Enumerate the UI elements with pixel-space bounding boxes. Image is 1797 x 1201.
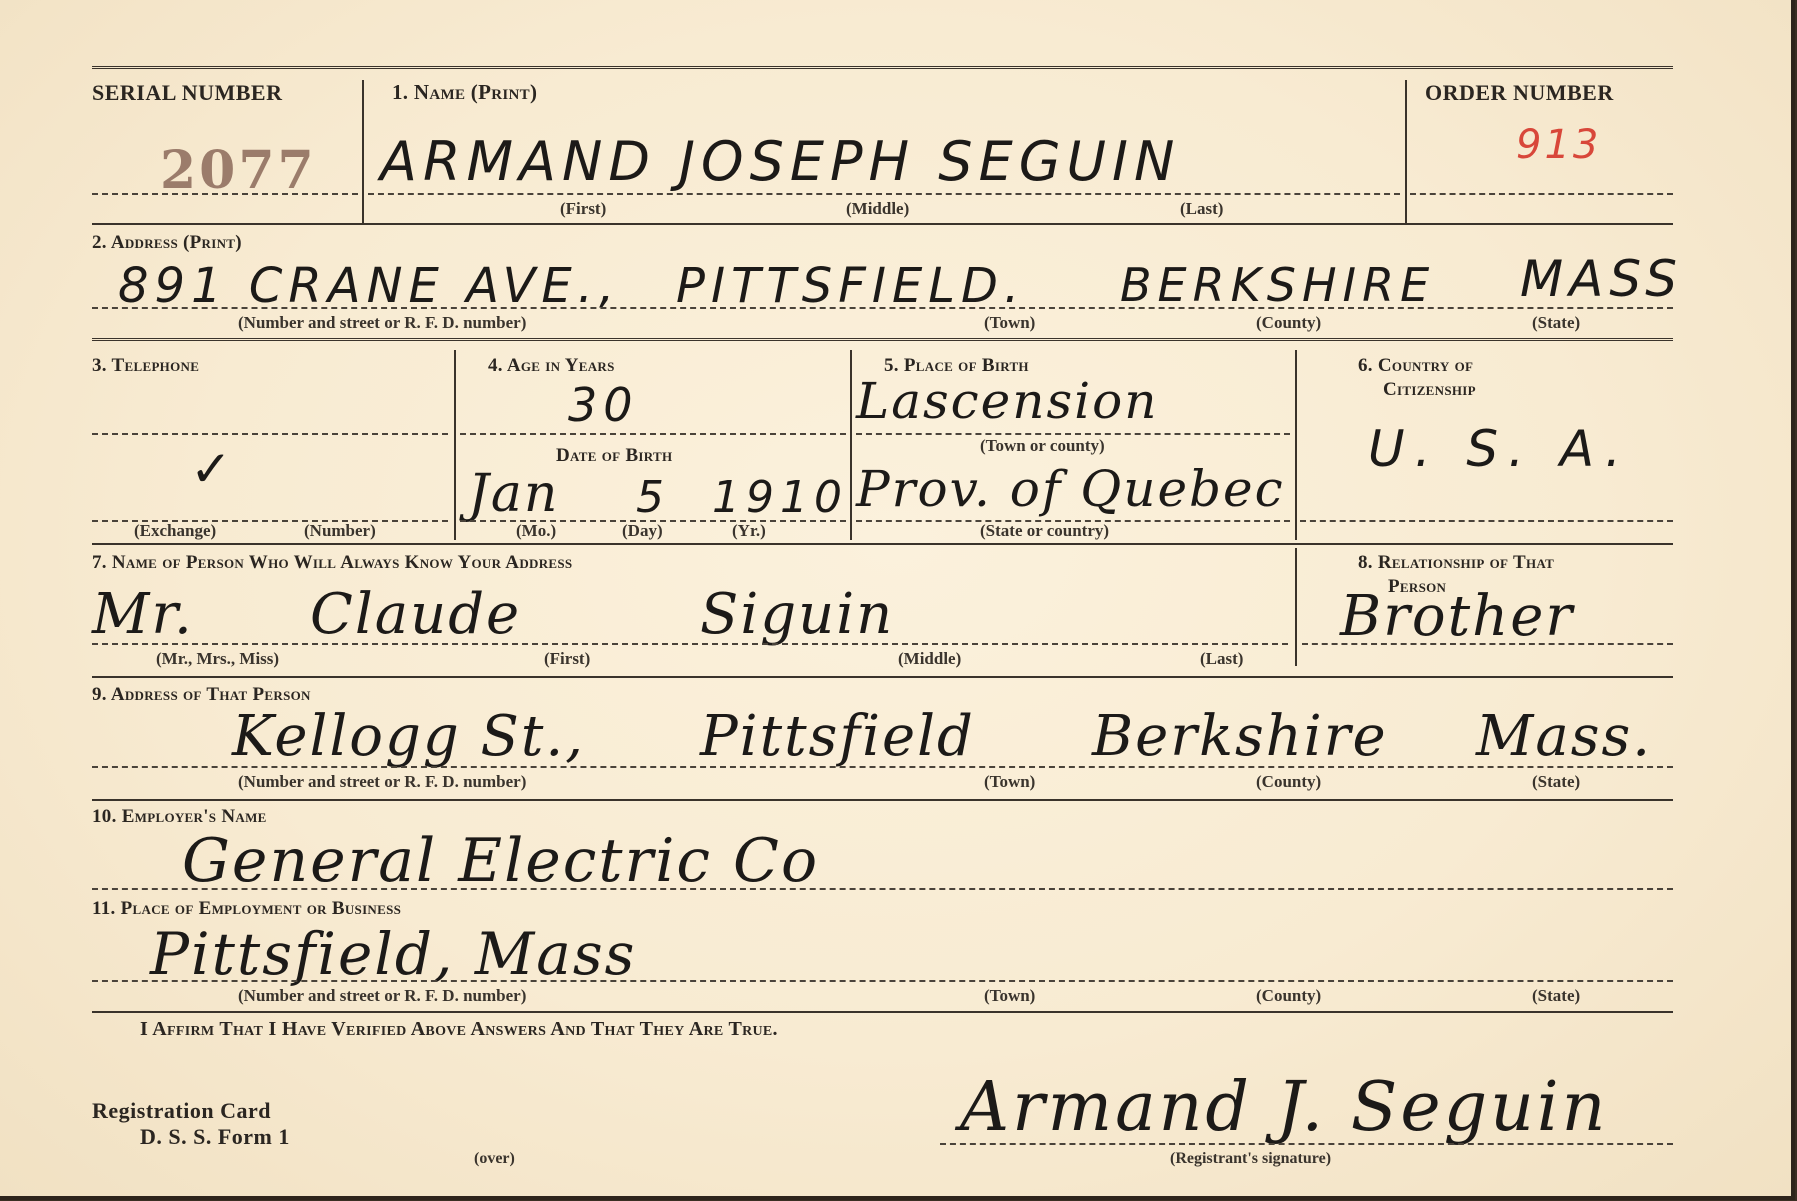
employer-label: 10. Employer's Name	[92, 806, 267, 828]
name-middle-sublabel: (Middle)	[846, 199, 909, 219]
divider	[362, 80, 364, 223]
place-of-birth-line-1	[856, 433, 1290, 435]
telephone-exchange-sublabel: (Exchange)	[134, 521, 216, 541]
name-last-sublabel: (Last)	[1180, 199, 1223, 219]
contact-address-town-sublabel: (Town)	[984, 772, 1035, 792]
place-of-employment-county-sublabel: (County)	[1256, 986, 1321, 1006]
address-street: 891 CRANE AVE.,	[118, 258, 620, 314]
address-state: MASS	[1520, 250, 1683, 308]
row-rule	[92, 1011, 1673, 1013]
relationship-label-line1: 8. Relationship of That	[1358, 552, 1554, 574]
contact-person-title: Mr.	[92, 582, 194, 647]
signature-line	[940, 1143, 1673, 1145]
telephone-number-sublabel: (Number)	[304, 521, 376, 541]
employer-line	[92, 888, 1673, 890]
citizenship-value: U. S. A.	[1368, 420, 1631, 478]
date-of-birth-year-sublabel: (Yr.)	[732, 521, 766, 541]
address-label: 2. Address (Print)	[92, 232, 242, 254]
place-of-employment-line	[92, 980, 1673, 982]
telephone-line-1	[92, 433, 448, 435]
address-town: PITTSFIELD.	[676, 258, 1025, 314]
divider	[1295, 548, 1297, 666]
over-note: (over)	[474, 1150, 515, 1168]
contact-person-last-sublabel: (Last)	[1200, 649, 1243, 669]
place-of-employment-state-sublabel: (State)	[1532, 986, 1580, 1006]
relationship-value: Brother	[1340, 584, 1574, 649]
citizenship-line	[1300, 520, 1673, 522]
contact-address-county-sublabel: (County)	[1256, 772, 1321, 792]
serial-number-line	[92, 193, 358, 195]
contact-address-label: 9. Address of That Person	[92, 684, 311, 706]
order-number-line	[1410, 193, 1673, 195]
registration-card-title: Registration Card	[92, 1098, 271, 1124]
address-street-sublabel: (Number and street or R. F. D. number)	[238, 313, 526, 333]
telephone-check-icon: ✓	[190, 440, 232, 498]
divider	[1295, 350, 1297, 540]
contact-person-last: Siguin	[700, 582, 894, 647]
citizenship-label-line2: Citizenship	[1383, 379, 1476, 401]
age-label: 4. Age in Years	[488, 355, 615, 377]
affirmation-text: I Affirm That I Have Verified Above Answ…	[140, 1018, 778, 1041]
divider	[454, 350, 456, 540]
contact-address-town: Pittsfield	[700, 704, 975, 769]
row-rule	[92, 676, 1673, 678]
name-value: ARMAND JOSEPH SEGUIN	[380, 130, 1180, 193]
relationship-line	[1302, 643, 1673, 645]
employer-value: General Electric Co	[182, 826, 819, 896]
name-label: 1. Name (Print)	[392, 80, 537, 105]
age-value: 30	[568, 378, 639, 432]
date-of-birth-month-sublabel: (Mo.)	[516, 521, 556, 541]
place-of-employment-label: 11. Place of Employment or Business	[92, 898, 401, 920]
order-number-label: ORDER NUMBER	[1425, 80, 1614, 106]
registration-card: SERIAL NUMBER 2077 1. Name (Print) ARMAN…	[0, 0, 1795, 1200]
row-rule	[92, 338, 1673, 341]
place-of-birth-town: Lascension	[856, 372, 1158, 430]
place-of-birth-state-sublabel: (State or country)	[980, 521, 1109, 541]
contact-person-first: Claude	[310, 582, 521, 647]
contact-address-line	[92, 766, 1673, 768]
contact-address-state: Mass.	[1476, 704, 1652, 769]
address-county-sublabel: (County)	[1256, 313, 1321, 333]
serial-number-label: SERIAL NUMBER	[92, 80, 282, 106]
address-town-sublabel: (Town)	[984, 313, 1035, 333]
address-county: BERKSHIRE	[1120, 258, 1435, 312]
row-rule	[92, 543, 1673, 545]
order-number-value: 913	[1516, 122, 1601, 168]
row-rule	[92, 799, 1673, 801]
serial-number-value: 2077	[160, 140, 317, 201]
address-state-sublabel: (State)	[1532, 313, 1580, 333]
signature-label: (Registrant's signature)	[1170, 1150, 1331, 1168]
citizenship-label-line1: 6. Country of	[1358, 355, 1473, 377]
age-line	[460, 433, 846, 435]
date-of-birth-month: Jan	[468, 464, 559, 524]
contact-person-title-sublabel: (Mr., Mrs., Miss)	[156, 649, 279, 669]
contact-address-street-sublabel: (Number and street or R. F. D. number)	[238, 772, 526, 792]
form-id: D. S. S. Form 1	[140, 1124, 290, 1150]
contact-person-middle-sublabel: (Middle)	[898, 649, 961, 669]
top-rule	[92, 66, 1673, 69]
divider	[1405, 80, 1407, 223]
row-rule	[92, 223, 1673, 225]
place-of-birth-town-sublabel: (Town or county)	[980, 436, 1105, 456]
contact-person-line	[92, 643, 1288, 645]
telephone-label: 3. Telephone	[92, 355, 199, 377]
place-of-employment-value: Pittsfield, Mass	[150, 920, 636, 988]
date-of-birth-year: 1910	[712, 472, 848, 523]
place-of-employment-town-sublabel: (Town)	[984, 986, 1035, 1006]
contact-person-first-sublabel: (First)	[544, 649, 590, 669]
contact-address-street: Kellogg St.,	[232, 704, 585, 769]
contact-address-county: Berkshire	[1092, 704, 1388, 769]
date-of-birth-label: Date of Birth	[556, 445, 672, 467]
name-first-sublabel: (First)	[560, 199, 606, 219]
address-line	[92, 307, 1673, 309]
name-line	[368, 193, 1400, 195]
divider	[850, 350, 852, 540]
place-of-birth-state: Prov. of Quebec	[856, 460, 1285, 518]
contact-address-state-sublabel: (State)	[1532, 772, 1580, 792]
date-of-birth-day-sublabel: (Day)	[622, 521, 663, 541]
place-of-employment-street-sublabel: (Number and street or R. F. D. number)	[238, 986, 526, 1006]
contact-person-label: 7. Name of Person Who Will Always Know Y…	[92, 552, 572, 574]
date-of-birth-day: 5	[636, 472, 670, 523]
registrant-signature: Armand J. Seguin	[960, 1068, 1608, 1147]
